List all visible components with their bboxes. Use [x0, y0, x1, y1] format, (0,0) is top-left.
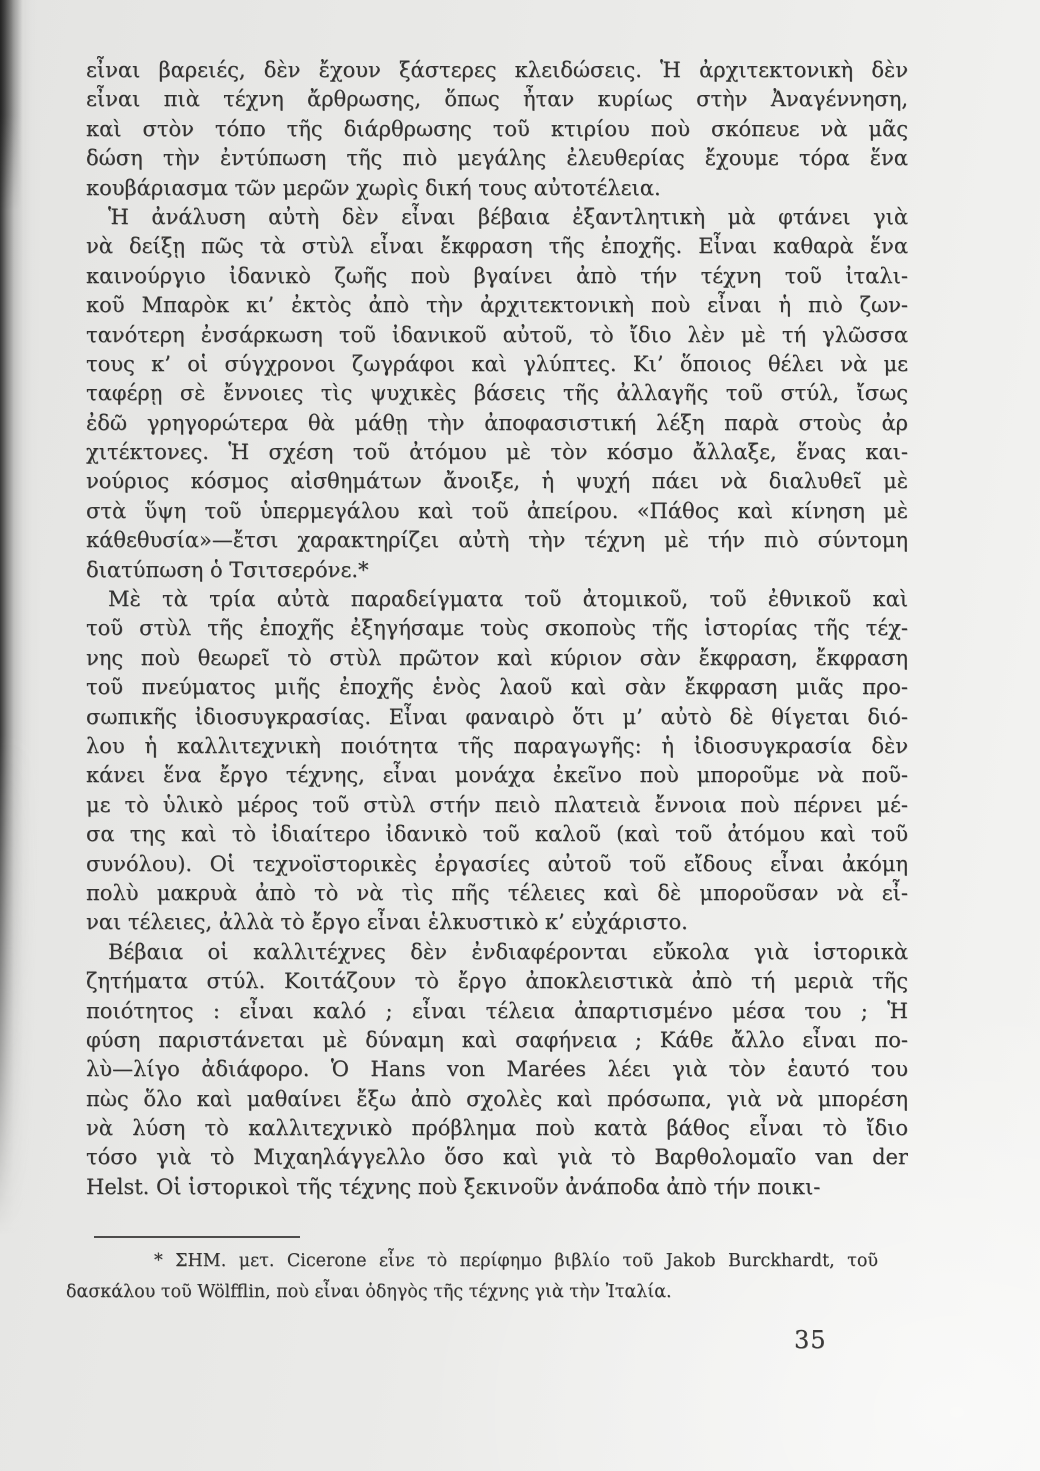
text-line: νης ποὺ θεωρεῖ τὸ στὺλ πρῶτον καὶ κύριον… [86, 644, 908, 673]
text-line: φύση παριστάνεται μὲ δύναμη καὶ σαφήνεια… [86, 1026, 908, 1055]
text-line: καὶ στὸν τόπο τῆς διάρθρωσης τοῦ κτιρίου… [86, 115, 908, 144]
text-line: τοῦ πνεύματος μιῆς ἐποχῆς ἑνὸς λαοῦ καὶ … [86, 673, 908, 702]
text-line: σωπικῆς ἰδιοσυγκρασίας. Εἶναι φαναιρὸ ὅτ… [86, 703, 908, 732]
text-line: νούριος κόσμος αἰσθημάτων ἄνοιξε, ἡ ψυχή… [86, 467, 908, 496]
footnote: * ΣΗΜ. μετ. Cicerone εἶνε τὸ περίφημο βι… [66, 1246, 878, 1308]
text-line: τόσο γιὰ τὸ Μιχαηλάγγελλο ὅσο καὶ γιὰ τὸ… [86, 1143, 908, 1172]
text-line: τανότερη ἐνσάρκωση τοῦ ἰδανικοῦ αὐτοῦ, τ… [86, 321, 908, 350]
text-line: καινούργιο ἰδανικὸ ζωῆς ποὺ βγαίνει ἀπὸ … [86, 262, 908, 291]
text-line: νὰ δείξῃ πῶς τὰ στὺλ εἶναι ἔκφραση τῆς ἐ… [86, 232, 908, 261]
text-line: * ΣΗΜ. μετ. Cicerone εἶνε τὸ περίφημο βι… [66, 1246, 878, 1277]
text-line: κουβάριασμα τῶν μερῶν χωρὶς δική τους αὐ… [86, 174, 908, 203]
text-line: δασκάλου τοῦ Wölfflin, ποὺ εἶναι ὁδηγὸς … [66, 1277, 878, 1308]
text-line: συνόλου). Οἱ τεχνοϊστορικὲς ἐργασίες αὐτ… [86, 850, 908, 879]
text-line: χιτέκτονες. Ἡ σχέση τοῦ ἀτόμου μὲ τὸν κό… [86, 438, 908, 467]
text-line: πὼς ὅλο καὶ μαθαίνει ἔξω ἀπὸ σχολὲς καὶ … [86, 1085, 908, 1114]
text-line: στὰ ὕψη τοῦ ὑπερμεγάλου καὶ τοῦ ἀπείρου.… [86, 497, 908, 526]
text-line: Βέβαια οἱ καλλιτέχνες δὲν ἐνδιαφέρονται … [86, 938, 908, 967]
text-line: Ἡ ἀνάλυση αὐτὴ δὲν εἶναι βέβαια ἐξαντλητ… [86, 203, 908, 232]
text-line: διατύπωση ὁ Τσιτσερόνε.* [86, 556, 908, 585]
text-line: δώση τὴν ἐντύπωση τῆς πιὸ μεγάλης ἐλευθε… [86, 144, 908, 173]
text-line: κάνει ἕνα ἔργο τέχνης, εἶναι μονάχα ἐκεῖ… [86, 761, 908, 790]
binding-shadow [0, 0, 40, 1471]
text-line: κοῦ Μπαρὸκ κι’ ἐκτὸς ἀπὸ τὴν ἀρχιτεκτονι… [86, 291, 908, 320]
text-line: λὺ—λίγο ἀδιάφορο. Ὁ Hans von Marées λέει… [86, 1055, 908, 1084]
paragraph: εἶναι βαρειές, δὲν ἔχουν ξάστερες κλειδώ… [86, 56, 908, 203]
corner-shade [0, 0, 26, 210]
paragraph: Βέβαια οἱ καλλιτέχνες δὲν ἐνδιαφέρονται … [86, 938, 908, 1203]
text-block: εἶναι βαρειές, δὲν ἔχουν ξάστερες κλειδώ… [86, 56, 908, 1202]
text-line: Μὲ τὰ τρία αὐτὰ παραδείγματα τοῦ ἀτομικο… [86, 585, 908, 614]
text-line: ναι τέλειες, ἀλλὰ τὸ ἔργο εἶναι ἑλκυστικ… [86, 908, 908, 937]
page-number: 35 [794, 1326, 827, 1354]
text-line: με τὸ ὑλικὸ μέρος τοῦ στὺλ στήν πειὸ πλα… [86, 791, 908, 820]
paragraph: * ΣΗΜ. μετ. Cicerone εἶνε τὸ περίφημο βι… [66, 1246, 878, 1308]
text-line: ποιότητος : εἶναι καλό ; εἶναι τέλεια ἀπ… [86, 997, 908, 1026]
text-line: ταφέρῃ σὲ ἔννοιες τὶς ψυχικὲς βάσεις τῆς… [86, 379, 908, 408]
text-line: τοῦ στὺλ τῆς ἐποχῆς ἐξηγήσαμε τοὺς σκοπο… [86, 614, 908, 643]
text-line: ζητήματα στύλ. Κοιτάζουν τὸ ἔργο ἀποκλει… [86, 967, 908, 996]
book-page: εἶναι βαρειές, δὲν ἔχουν ξάστερες κλειδώ… [0, 0, 1040, 1471]
paragraph: Ἡ ἀνάλυση αὐτὴ δὲν εἶναι βέβαια ἐξαντλητ… [86, 203, 908, 585]
text-line: Helst. Οἱ ἱστορικοὶ τῆς τέχνης ποὺ ξεκιν… [86, 1173, 908, 1202]
text-line: λου ἡ καλλιτεχνικὴ ποιότητα τῆς παραγωγῆ… [86, 732, 908, 761]
text-line: εἶναι πιὰ τέχνη ἄρθρωσης, ὅπως ἦταν κυρί… [86, 85, 908, 114]
text-line: εἶναι βαρειές, δὲν ἔχουν ξάστερες κλειδώ… [86, 56, 908, 85]
text-line: τους κ’ οἱ σύγχρονοι ζωγράφοι καὶ γλύπτε… [86, 350, 908, 379]
text-line: πολὺ μακρυὰ ἀπὸ τὸ νὰ τὶς πῆς τέλειες κα… [86, 879, 908, 908]
text-line: κάθεθυσία»—ἔτσι χαρακτηρίζει αὐτὴ τὴν τέ… [86, 526, 908, 555]
text-line: σα της καὶ τὸ ἰδιαίτερο ἰδανικὸ τοῦ καλο… [86, 820, 908, 849]
text-line: ἐδῶ γρηγορώτερα θὰ μάθῃ τὴν ἀποφασιστική… [86, 409, 908, 438]
text-line: νὰ λύση τὸ καλλιτεχνικὸ πρόβλημα ποὺ κατ… [86, 1114, 908, 1143]
footnote-separator-rule [94, 1236, 300, 1238]
paragraph: Μὲ τὰ τρία αὐτὰ παραδείγματα τοῦ ἀτομικο… [86, 585, 908, 938]
